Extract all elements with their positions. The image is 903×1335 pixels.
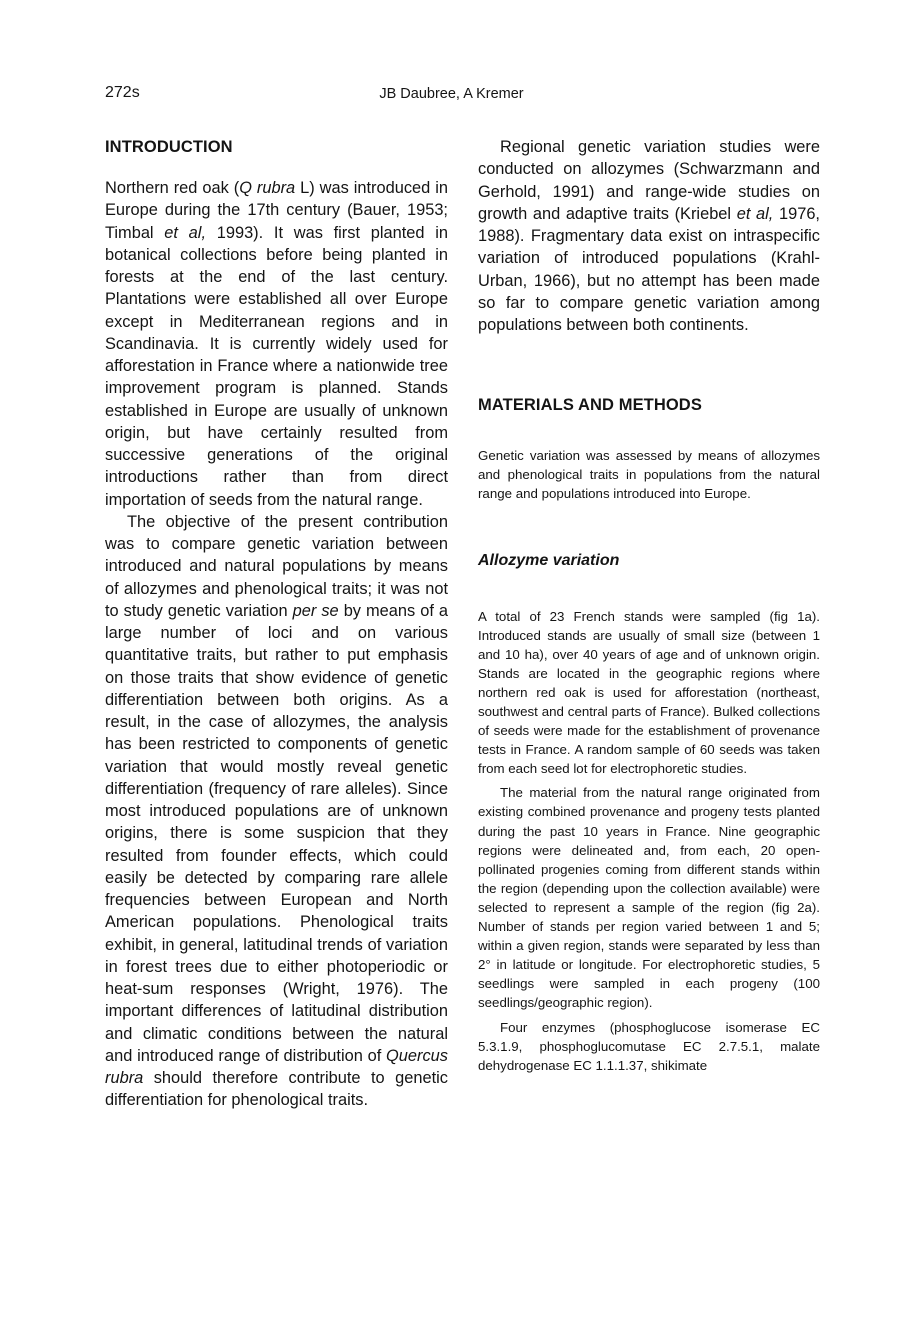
allozyme-paragraph-1: A total of 23 French stands were sampled… xyxy=(478,607,820,779)
right-column: Regional genetic variation studies were … xyxy=(478,136,820,1075)
allozyme-paragraph-3: Four enzymes (phosphoglucose isomerase E… xyxy=(478,1018,820,1075)
intro-paragraph-3: Regional genetic variation studies were … xyxy=(478,136,820,336)
allozyme-paragraph-2: The material from the natural range orig… xyxy=(478,783,820,1012)
spacer xyxy=(478,572,820,607)
intro-paragraph-1: Northern red oak (Q rubra L) was introdu… xyxy=(105,177,448,511)
et-al-italic: et al, xyxy=(737,205,774,223)
methods-intro-paragraph: Genetic variation was assessed by means … xyxy=(478,446,820,503)
spacer xyxy=(478,504,820,550)
spacer xyxy=(105,158,448,177)
species-name-italic: Q rubra xyxy=(239,179,295,197)
left-column: INTRODUCTION Northern red oak (Q rubra L… xyxy=(105,136,448,1112)
et-al-italic: et al, xyxy=(164,224,206,242)
spacer xyxy=(478,416,820,446)
allozyme-variation-heading: Allozyme variation xyxy=(478,550,820,572)
spacer xyxy=(478,336,820,394)
text-run: should therefore contribute to genetic d… xyxy=(105,1069,448,1109)
text-run: 1993). It was first planted in botanical… xyxy=(105,224,448,509)
intro-paragraph-2: The objective of the present contributio… xyxy=(105,511,448,1112)
text-run: Northern red oak ( xyxy=(105,179,239,197)
materials-methods-heading: MATERIALS AND METHODS xyxy=(478,394,820,416)
text-run: 1976, 1988). Fragmentary data exist on i… xyxy=(478,205,820,334)
introduction-heading: INTRODUCTION xyxy=(105,136,448,158)
text-run: by means of a large number of loci and o… xyxy=(105,602,448,1065)
running-head-authors: JB Daubree, A Kremer xyxy=(0,86,903,102)
per-se-italic: per se xyxy=(293,602,339,620)
